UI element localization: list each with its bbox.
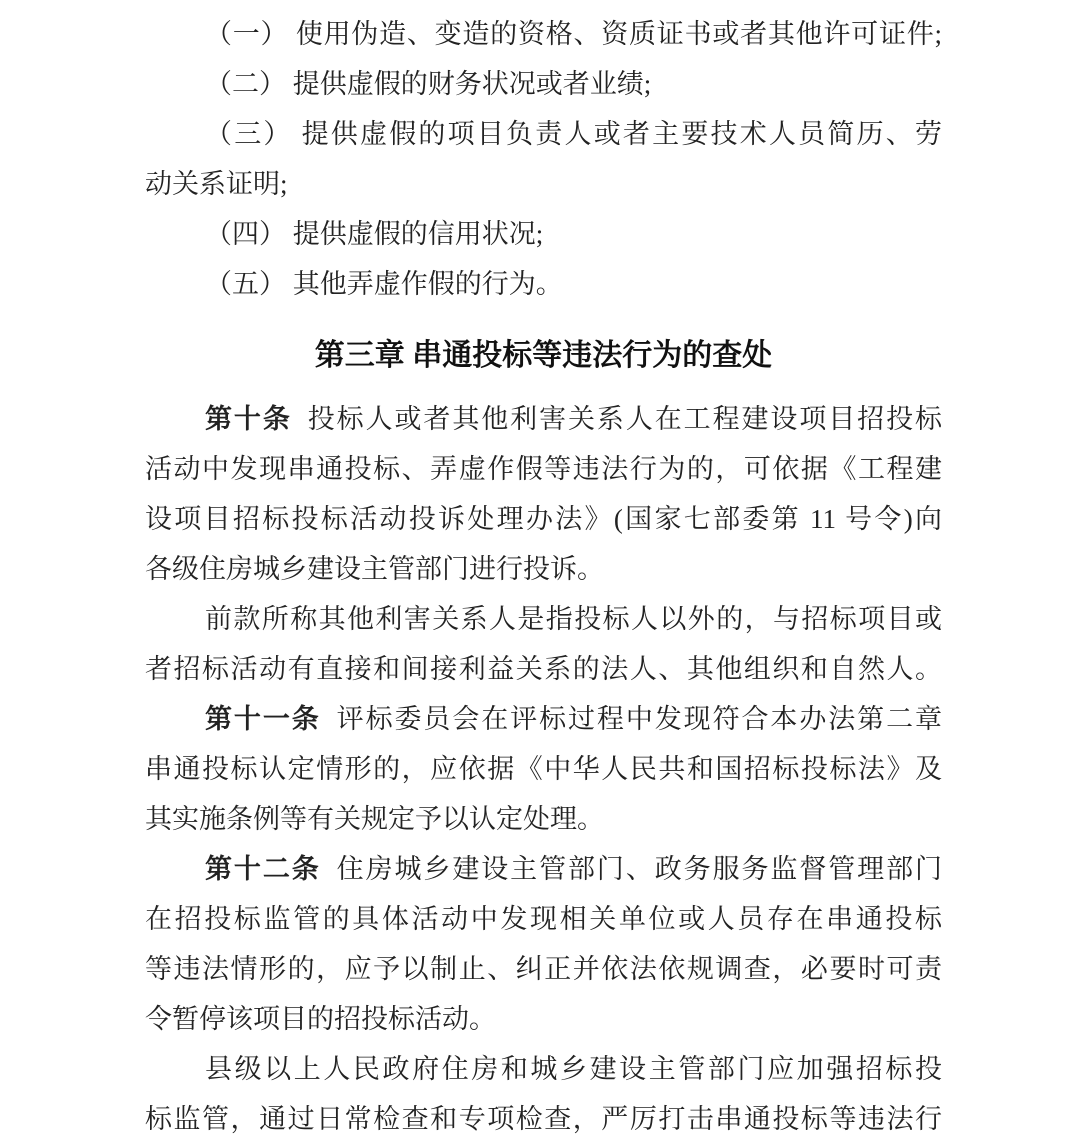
article-11-line-3: 其实施条例等有关规定予以认定处理。 — [145, 794, 942, 844]
article-11-line-1: 第十一条评标委员会在评标过程中发现符合本办法第二章 — [145, 694, 942, 744]
article-10-line-1: 第十条投标人或者其他利害关系人在工程建设项目招投标 — [145, 394, 942, 444]
article-10-line-4: 各级住房城乡建设主管部门进行投诉。 — [145, 544, 942, 594]
article-10-line-2: 活动中发现串通投标、弄虚作假等违法行为的，可依据《工程建 — [145, 444, 942, 494]
list-item-5: （五） 其他弄虚作假的行为。 — [145, 259, 942, 309]
article-11-number: 第十一条 — [205, 704, 321, 734]
article-11-text: 评标委员会在评标过程中发现符合本办法第二章 — [337, 704, 942, 734]
article-12-para-2-line-1: 县级以上人民政府住房和城乡建设主管部门应加强招标投 — [145, 1044, 942, 1094]
article-12-line-3: 等违法情形的，应予以制止、纠正并依法依规调查，必要时可责 — [145, 944, 942, 994]
article-12-number: 第十二条 — [205, 854, 321, 884]
document-body: （一） 使用伪造、变造的资格、资质证书或者其他许可证件; （二） 提供虚假的财务… — [145, 9, 942, 1144]
article-12-line-2: 在招投标监管的具体活动中发现相关单位或人员存在串通投标 — [145, 894, 942, 944]
chapter-heading: 第三章 串通投标等违法行为的查处 — [145, 331, 942, 381]
list-item-1: （一） 使用伪造、变造的资格、资质证书或者其他许可证件; — [145, 9, 942, 59]
article-12-para-2-line-2: 标监管，通过日常检查和专项检查，严厉打击串通投标等违法行 — [145, 1094, 942, 1144]
article-10-text: 投标人或者其他利害关系人在工程建设项目招投标 — [308, 404, 942, 434]
article-10-para-2-line-2: 者招标活动有直接和间接利益关系的法人、其他组织和自然人。 — [145, 644, 942, 694]
list-item-3-line-2: 动关系证明; — [145, 159, 942, 209]
article-12-text: 住房城乡建设主管部门、政务服务监督管理部门 — [337, 854, 942, 884]
article-10-para-2-line-1: 前款所称其他利害关系人是指投标人以外的，与招标项目或 — [145, 594, 942, 644]
article-11-line-2: 串通投标认定情形的，应依据《中华人民共和国招标投标法》及 — [145, 744, 942, 794]
article-12-line-1: 第十二条住房城乡建设主管部门、政务服务监督管理部门 — [145, 844, 942, 894]
article-10-number: 第十条 — [205, 404, 292, 434]
document-page: （一） 使用伪造、变造的资格、资质证书或者其他许可证件; （二） 提供虚假的财务… — [0, 0, 1080, 1146]
article-10-line-3: 设项目招标投标活动投诉处理办法》(国家七部委第 11 号令)向 — [145, 494, 942, 544]
list-item-2: （二） 提供虚假的财务状况或者业绩; — [145, 59, 942, 109]
list-item-4: （四） 提供虚假的信用状况; — [145, 209, 942, 259]
article-12-line-4: 令暂停该项目的招投标活动。 — [145, 994, 942, 1044]
list-item-3-line-1: （三） 提供虚假的项目负责人或者主要技术人员简历、劳 — [145, 109, 942, 159]
